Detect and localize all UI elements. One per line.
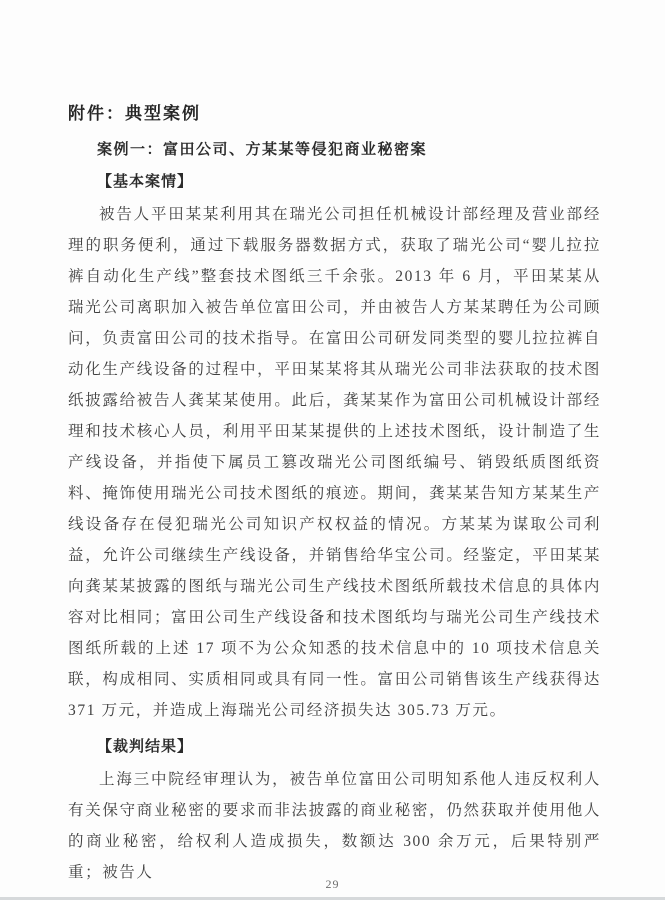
section-heading-judgment-result: 【裁判结果】 (97, 738, 601, 756)
section-heading-basic-facts: 【基本案情】 (97, 173, 601, 191)
attachment-title: 附件：典型案例 (68, 104, 601, 124)
document-content: 附件：典型案例 案例一：富田公司、方某某等侵犯商业秘密案 【基本案情】 被告人平… (0, 0, 665, 888)
page-number: 29 (0, 877, 665, 892)
paragraph-basic-facts: 被告人平田某某利用其在瑞光公司担任机械设计部经理及营业部经理的职务便利，通过下载… (68, 199, 601, 726)
document-page: 附件：典型案例 案例一：富田公司、方某某等侵犯商业秘密案 【基本案情】 被告人平… (0, 0, 665, 900)
case-title: 案例一：富田公司、方某某等侵犯商业秘密案 (97, 141, 601, 159)
paragraph-judgment-result: 上海三中院经审理认为，被告单位富田公司明知系他人违反权利人有关保守商业秘密的要求… (68, 764, 601, 888)
